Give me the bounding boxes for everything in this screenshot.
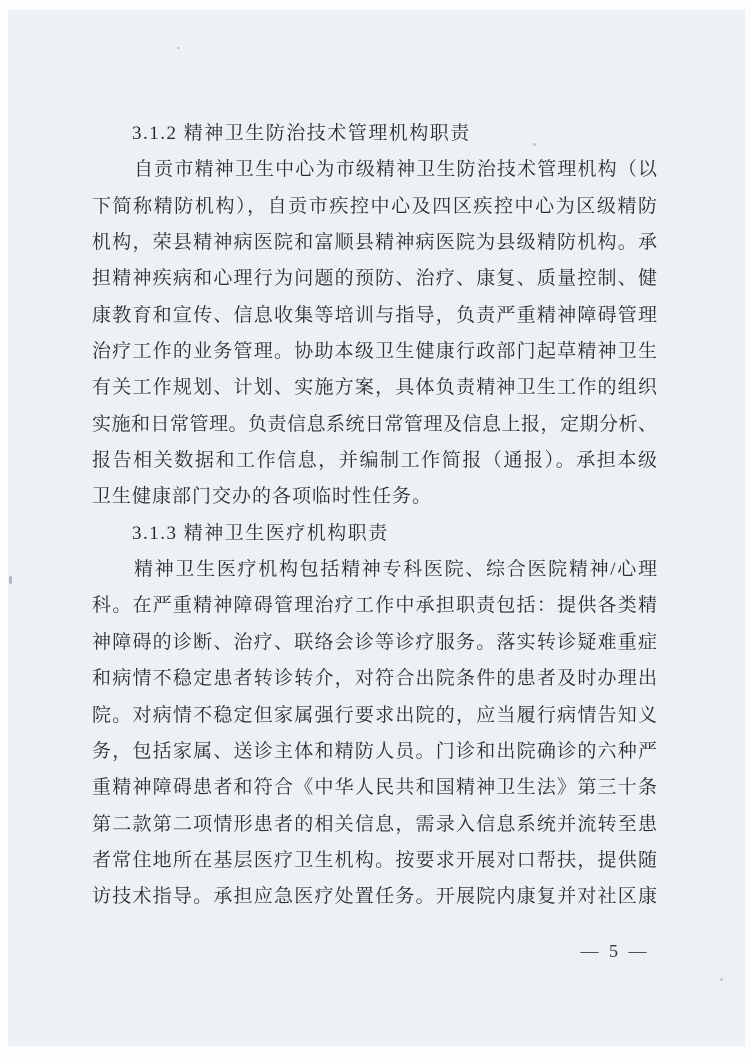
text-line: 精神卫生医疗机构包括精神专科医院、综合医院精神/心理 [92, 552, 657, 588]
text-line: 者常住地所在基层医疗卫生机构。按要求开展对口帮扶，提供随 [92, 843, 657, 879]
scanned-document-page: 3.1.2 精神卫生防治技术管理机构职责自贡市精神卫生中心为市级精神卫生防治技术… [0, 0, 750, 1059]
text-line: 第二款第二项情形患者的相关信息，需录入信息系统并流转至患 [92, 807, 657, 843]
text-line: 神障碍的诊断、治疗、联络会诊等诊疗服务。落实转诊疑难重症 [92, 625, 657, 661]
text-line: 科。在严重精神障碍管理治疗工作中承担职责包括：提供各类精 [92, 588, 657, 624]
scan-speckle [533, 143, 536, 146]
section-heading: 3.1.2 精神卫生防治技术管理机构职责 [92, 116, 657, 152]
text-line: 下简称精防机构），自贡市疾控中心及四区疾控中心为区级精防 [92, 189, 657, 225]
text-line: 机构，荣县精神病医院和富顺县精神病医院为县级精防机构。承 [92, 225, 657, 261]
text-line: 和病情不稳定患者转诊转介，对符合出院条件的患者及时办理出 [92, 661, 657, 697]
text-line: 务，包括家属、送诊主体和精防人员。门诊和出院确诊的六种严 [92, 734, 657, 770]
text-line: 有关工作规划、计划、实施方案，具体负责精神卫生工作的组织 [92, 370, 657, 406]
text-block: 3.1.2 精神卫生防治技术管理机构职责自贡市精神卫生中心为市级精神卫生防治技术… [92, 116, 657, 916]
text-line: 报告相关数据和工作信息，并编制工作简报（通报）。承担本级 [92, 443, 657, 479]
text-line: 实施和日常管理。负责信息系统日常管理及信息上报，定期分析、 [92, 407, 657, 443]
scan-speckle [720, 978, 723, 981]
text-line: 卫生健康部门交办的各项临时性任务。 [92, 479, 657, 515]
text-line: 康教育和宣传、信息收集等培训与指导，负责严重精神障碍管理 [92, 298, 657, 334]
scan-speckle [177, 47, 180, 49]
text-line: 访技术指导。承担应急医疗处置任务。开展院内康复并对社区康 [92, 879, 657, 915]
text-line: 治疗工作的业务管理。协助本级卫生健康行政部门起草精神卫生 [92, 334, 657, 370]
text-line: 重精神障碍患者和符合《中华人民共和国精神卫生法》第三十条 [92, 770, 657, 806]
text-line: 院。对病情不稳定但家属强行要求出院的，应当履行病情告知义 [92, 698, 657, 734]
section-heading: 3.1.3 精神卫生医疗机构职责 [92, 516, 657, 552]
scan-speckle [9, 576, 12, 584]
text-line: 担精神疾病和心理行为问题的预防、治疗、康复、质量控制、健 [92, 261, 657, 297]
paper: 3.1.2 精神卫生防治技术管理机构职责自贡市精神卫生中心为市级精神卫生防治技术… [8, 10, 745, 1046]
text-line: 自贡市精神卫生中心为市级精神卫生防治技术管理机构（以 [92, 152, 657, 188]
page-number: — 5 — [570, 938, 660, 964]
